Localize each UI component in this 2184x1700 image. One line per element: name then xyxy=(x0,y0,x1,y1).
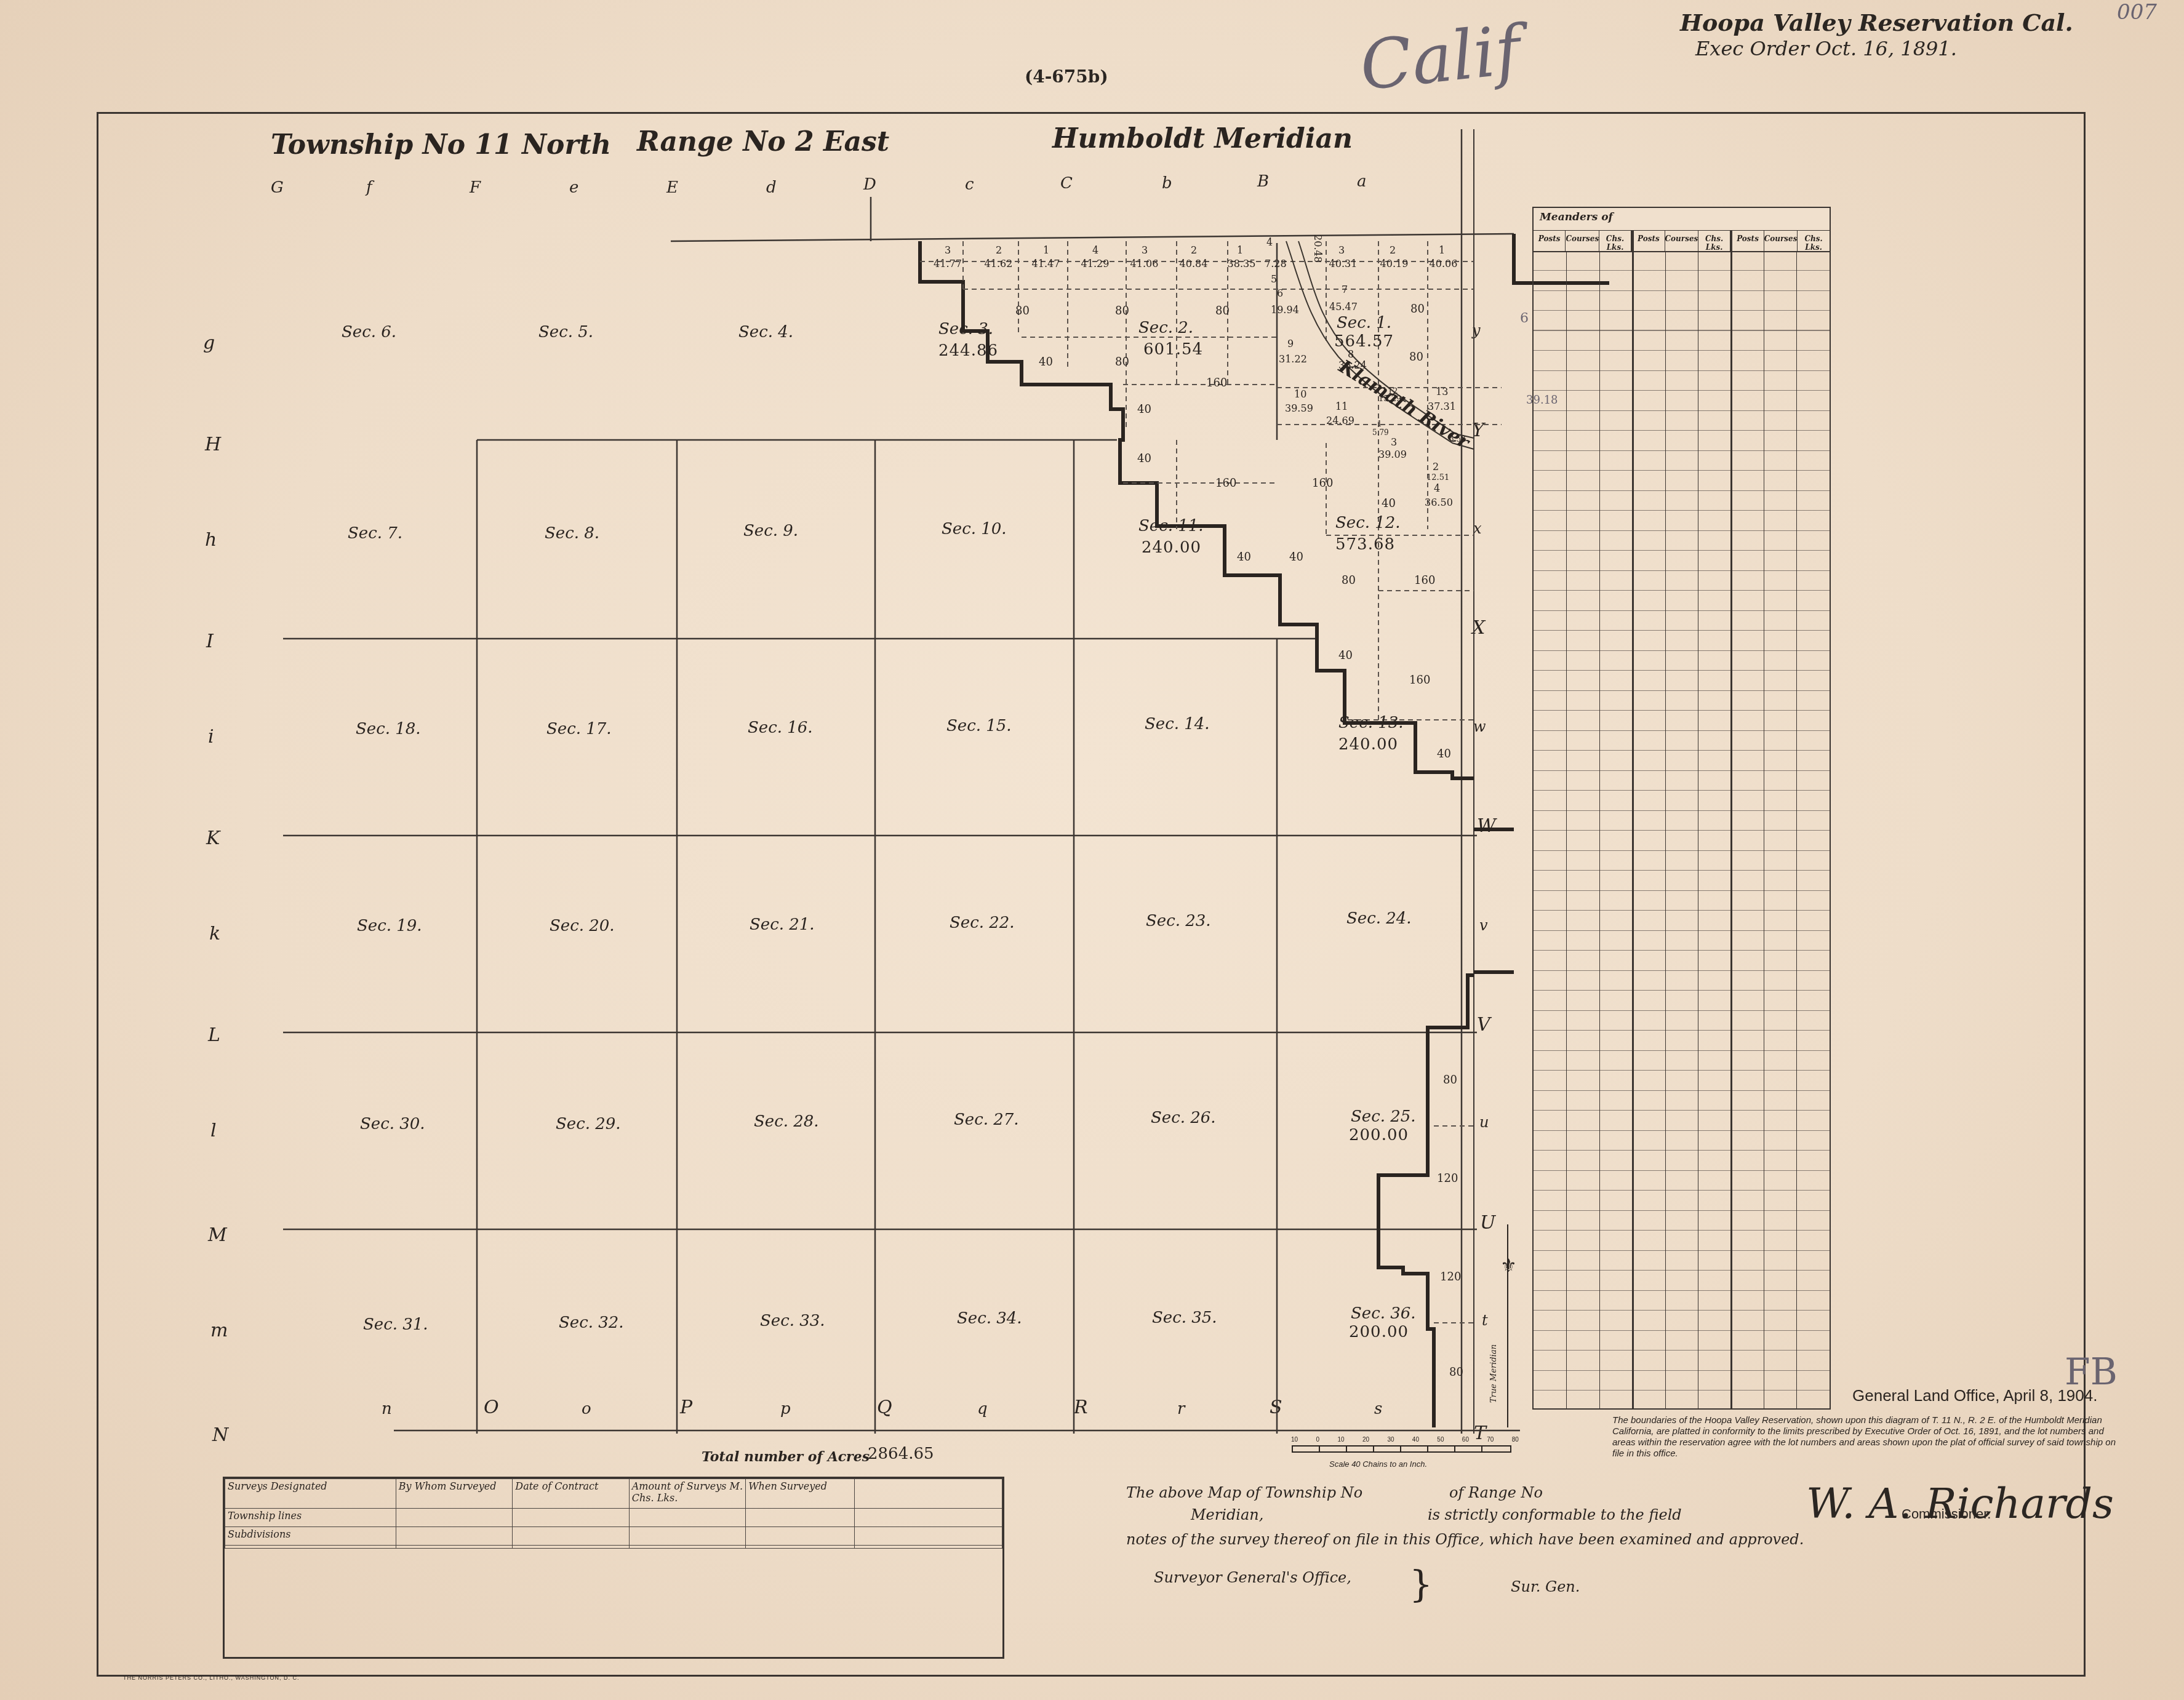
lot-number: 1 xyxy=(1037,245,1055,256)
section-19: Sec. 19. xyxy=(357,917,422,935)
lot-number: 7 xyxy=(1342,284,1348,295)
column-header: By Whom Surveyed xyxy=(396,1479,512,1509)
lot-acres: 41.62 xyxy=(982,258,1015,269)
section-11: Sec. 11. xyxy=(1138,517,1204,535)
section-3: Sec. 3. xyxy=(938,320,993,338)
section-10: Sec. 10. xyxy=(942,520,1007,538)
section-2: Sec. 2. xyxy=(1138,319,1193,337)
lot-number: 2 xyxy=(1185,245,1203,256)
cert-line-2a: Meridian, xyxy=(1191,1506,1263,1523)
lot-acres: 39.59 xyxy=(1285,403,1313,414)
acre-label: 80 xyxy=(1115,305,1129,317)
section-7: Sec. 7. xyxy=(348,524,402,543)
lot-acres: 5.79 xyxy=(1372,427,1389,438)
acre-label: 40 xyxy=(1289,551,1303,564)
lot-number: 1 xyxy=(1433,245,1451,256)
section-1-area: 564.57 xyxy=(1334,332,1394,351)
section-6: Sec. 6. xyxy=(342,323,396,341)
lot-acres: 7.28 xyxy=(1265,258,1287,269)
column-header: Date of Contract xyxy=(513,1479,629,1509)
acre-label: 40 xyxy=(1382,497,1396,510)
acre-label: 120 xyxy=(1437,1172,1458,1185)
acre-label: 40 xyxy=(1338,649,1353,662)
acre-label: 160 xyxy=(1215,477,1236,490)
lot-acres: 31.22 xyxy=(1279,354,1307,365)
lot-number: 9 xyxy=(1287,338,1294,349)
column-header: Courses xyxy=(1566,231,1599,252)
column-header: Posts xyxy=(1633,231,1665,252)
section-14: Sec. 14. xyxy=(1145,715,1210,733)
cert-line-1a: The above Map of Township No xyxy=(1126,1484,1362,1501)
section-2-area: 601.54 xyxy=(1143,340,1203,359)
section-11-area: 240.00 xyxy=(1142,538,1201,557)
section-3-area: 244.86 xyxy=(938,341,998,360)
section-8: Sec. 8. xyxy=(545,524,599,543)
acre-label: 120 xyxy=(1440,1271,1461,1283)
section-9: Sec. 9. xyxy=(743,522,798,540)
row-label: Subdivisions xyxy=(225,1527,396,1546)
section-36: Sec. 36. xyxy=(1351,1304,1416,1323)
lot-acres: 40.06 xyxy=(1426,258,1460,269)
column-header: Chs. Lks. xyxy=(1698,231,1732,252)
lot-number: 1 xyxy=(1231,245,1249,256)
lot-acres: 41.77 xyxy=(932,258,963,269)
section-12: Sec. 12. xyxy=(1335,514,1401,532)
section-29: Sec. 29. xyxy=(556,1115,621,1133)
acre-label: 160 xyxy=(1312,477,1333,490)
column-header: Courses xyxy=(1665,231,1698,252)
acre-label: 80 xyxy=(1115,356,1129,369)
cert-line-3: notes of the survey thereof on file in t… xyxy=(1126,1531,1804,1548)
lot-acres: 41.29 xyxy=(1078,258,1112,269)
section-5: Sec. 5. xyxy=(538,323,593,341)
section-31: Sec. 31. xyxy=(363,1315,428,1334)
acre-label: 80 xyxy=(1342,574,1356,587)
lot-acres: 40.84 xyxy=(1177,258,1210,269)
lot-number: 3 xyxy=(1391,437,1397,448)
lot-number: 3 xyxy=(1332,245,1351,256)
section-25: Sec. 25. xyxy=(1351,1107,1416,1126)
section-18: Sec. 18. xyxy=(356,720,421,738)
lot-acres: 41.47 xyxy=(1029,258,1063,269)
section-33: Sec. 33. xyxy=(760,1312,825,1330)
lot-number: 6 xyxy=(1277,288,1283,299)
column-header: Courses xyxy=(1764,231,1798,252)
lot-acres: 19.94 xyxy=(1271,305,1299,316)
column-header: When Surveyed xyxy=(746,1479,855,1509)
commissioner-title: Commissioner. xyxy=(1902,1506,1991,1522)
section-34: Sec. 34. xyxy=(957,1309,1022,1328)
column-header: Chs. Lks. xyxy=(1798,231,1830,252)
acre-label: 80 xyxy=(1449,1366,1463,1379)
true-meridian-label: True Meridian xyxy=(1489,1344,1498,1403)
scale-ticks: 1001020304050607080 xyxy=(1291,1437,1519,1443)
section-15: Sec. 15. xyxy=(946,717,1012,735)
lot-number: 3 xyxy=(1135,245,1154,256)
column-header: Posts xyxy=(1534,231,1566,252)
acre-label: 80 xyxy=(1443,1074,1457,1087)
lot-number: 13 xyxy=(1436,386,1448,397)
column-header: Posts xyxy=(1732,231,1764,252)
meanders-header-row: Posts Courses Chs. Lks. Posts Courses Ch… xyxy=(1534,230,1830,252)
lot-number: 4 xyxy=(1086,245,1105,256)
scale-label: Scale 40 Chains to an Inch. xyxy=(1329,1459,1427,1469)
section-13-area: 240.00 xyxy=(1338,735,1398,754)
section-17: Sec. 17. xyxy=(546,720,612,738)
survey-record-table: Surveys Designated By Whom Surveyed Date… xyxy=(223,1477,1004,1659)
printer-imprint: THE NORRIS PETERS CO., LITHO., WASHINGTO… xyxy=(123,1675,300,1681)
lot-acres: 40.19 xyxy=(1377,258,1411,269)
acre-label: 40 xyxy=(1137,452,1151,465)
section-4: Sec. 4. xyxy=(738,323,793,341)
acre-label: 80 xyxy=(1410,303,1425,316)
column-header: Chs. Lks. xyxy=(1599,231,1633,252)
lot-acres: 39.09 xyxy=(1378,449,1407,460)
lot-acres: 41.06 xyxy=(1127,258,1161,269)
section-36-area: 200.00 xyxy=(1349,1323,1409,1341)
acre-label: 80 xyxy=(1215,305,1230,317)
lot-number: 2 xyxy=(990,245,1008,256)
lot-acres: 24.69 xyxy=(1326,415,1354,426)
section-12-area: 573.68 xyxy=(1335,535,1395,554)
column-header: Amount of Surveys M. Chs. Lks. xyxy=(629,1479,745,1509)
glo-date-line: General Land Office, April 8, 1904. xyxy=(1852,1386,2097,1405)
cert-line-2b: is strictly conformable to the field xyxy=(1428,1506,1682,1523)
lot-acres: 38.35 xyxy=(1225,258,1258,269)
section-28: Sec. 28. xyxy=(754,1112,819,1131)
meanders-title: Meanders of xyxy=(1540,211,1613,223)
section-26: Sec. 26. xyxy=(1151,1109,1216,1127)
acre-label: 80 xyxy=(1409,351,1423,364)
lot-acres: 36.50 xyxy=(1425,497,1453,508)
lot-number: 3 xyxy=(938,245,957,256)
acre-label: 160 xyxy=(1409,674,1430,687)
glo-note: The boundaries of the Hoopa Valley Reser… xyxy=(1612,1415,2120,1459)
section-24: Sec. 24. xyxy=(1346,909,1412,928)
section-22: Sec. 22. xyxy=(950,914,1015,932)
lot-number: 10 xyxy=(1294,389,1306,400)
meanders-grid: Meanders of Posts Courses Chs. Lks. Post… xyxy=(1532,207,1831,1410)
lot-acres: 20.48 xyxy=(1312,234,1323,263)
total-acres-value: 2864.65 xyxy=(868,1445,934,1463)
total-acres-label: Total number of Acres xyxy=(702,1449,870,1465)
acre-label: 40 xyxy=(1437,748,1451,760)
section-35: Sec. 35. xyxy=(1152,1309,1217,1327)
lot-number: 11 xyxy=(1335,401,1348,412)
section-16: Sec. 16. xyxy=(748,719,813,737)
row-label: Township lines xyxy=(225,1509,396,1527)
lot-number: 4 xyxy=(1434,483,1440,494)
section-32: Sec. 32. xyxy=(559,1314,624,1332)
column-header: Surveys Designated xyxy=(225,1479,396,1509)
section-25-area: 200.00 xyxy=(1349,1126,1409,1144)
section-20: Sec. 20. xyxy=(550,917,615,935)
section-13: Sec. 13. xyxy=(1338,714,1404,732)
acre-label: 80 xyxy=(1015,305,1030,317)
section-1: Sec. 1. xyxy=(1337,314,1391,332)
section-23: Sec. 23. xyxy=(1146,912,1211,930)
lot-number: 2 xyxy=(1433,461,1439,473)
brace: } xyxy=(1409,1563,1433,1606)
lot-number: 2 xyxy=(1383,245,1402,256)
acre-label: 40 xyxy=(1039,356,1053,369)
lot-acres: 45.47 xyxy=(1329,301,1358,313)
surveyor-general-title: Sur. Gen. xyxy=(1511,1578,1580,1595)
acre-label: 40 xyxy=(1237,551,1251,564)
acre-label: 160 xyxy=(1206,377,1227,389)
acre-label: 160 xyxy=(1414,574,1435,587)
acre-label: 40 xyxy=(1137,403,1151,416)
cert-line-1b: of Range No xyxy=(1449,1484,1543,1501)
surveyor-office: Surveyor General's Office, xyxy=(1154,1569,1351,1586)
section-30: Sec. 30. xyxy=(360,1115,425,1133)
north-arrow-icon: ⚜ xyxy=(1500,1255,1517,1277)
lot-number: 4 xyxy=(1266,237,1273,248)
pencil-mark: 6 xyxy=(1520,311,1529,326)
section-21: Sec. 21. xyxy=(750,916,815,934)
lot-number: 5 xyxy=(1271,274,1277,285)
section-27: Sec. 27. xyxy=(954,1111,1019,1129)
column-header xyxy=(854,1479,1002,1509)
lot-acres: 40.31 xyxy=(1326,258,1360,269)
